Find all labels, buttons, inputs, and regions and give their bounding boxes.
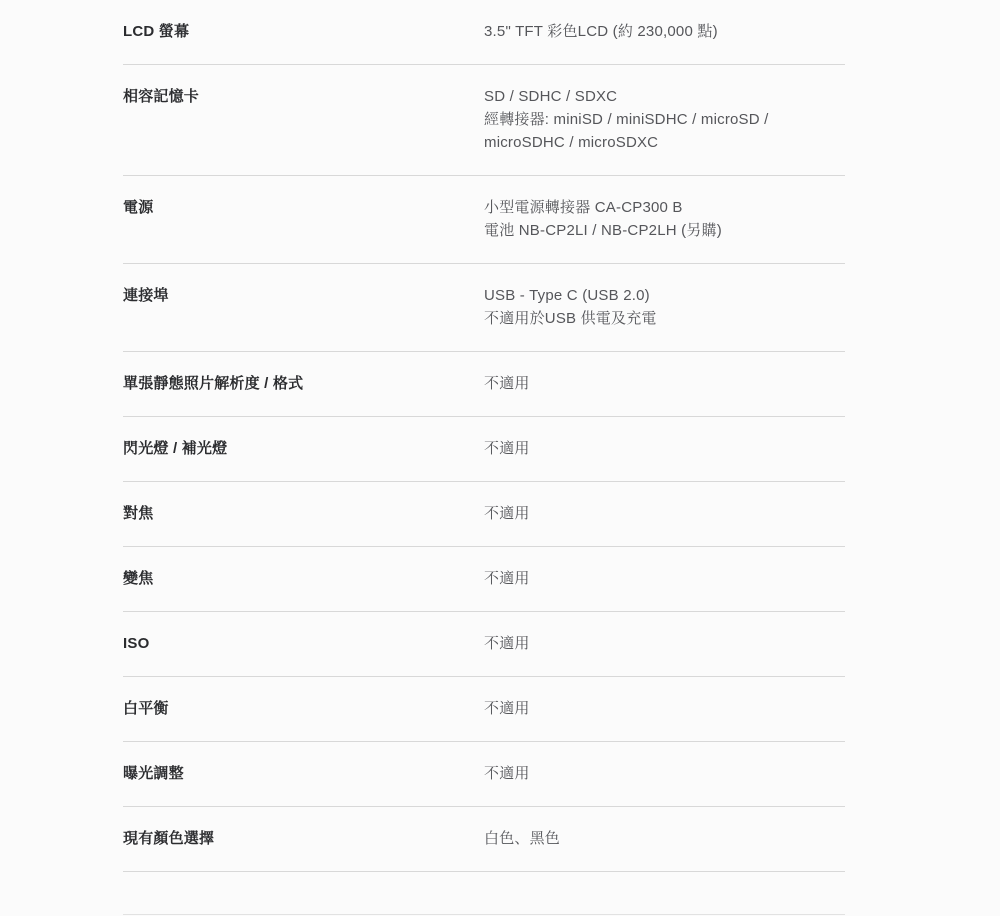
spec-values: 不適用 [484, 567, 845, 590]
spec-value-line: 不適用 [484, 632, 845, 655]
spec-value-line: 不適用 [484, 697, 845, 720]
spec-row: ISO 不適用 [123, 612, 845, 677]
spec-value-line: 3.5" TFT 彩色LCD (約 230,000 點) [484, 20, 845, 43]
spec-label: 單張靜態照片解析度 / 格式 [123, 372, 484, 395]
spec-value-line: SD / SDHC / SDXC [484, 85, 845, 108]
spec-values: 小型電源轉接器 CA-CP300 B電池 NB-CP2LI / NB-CP2LH… [484, 196, 845, 242]
spec-values: 白色、黑色 [484, 827, 845, 850]
spec-value-line: 不適用 [484, 437, 845, 460]
spec-label: LCD 螢幕 [123, 20, 484, 43]
spec-label: 變焦 [123, 567, 484, 590]
spec-row: 電源 小型電源轉接器 CA-CP300 B電池 NB-CP2LI / NB-CP… [123, 176, 845, 264]
spec-values: USB - Type C (USB 2.0)不適用於USB 供電及充電 [484, 284, 845, 330]
spec-value-line: 經轉接器: miniSD / miniSDHC / microSD / [484, 108, 845, 131]
spec-value-line: USB - Type C (USB 2.0) [484, 284, 845, 307]
spec-table: LCD 螢幕 3.5" TFT 彩色LCD (約 230,000 點) 相容記憶… [123, 0, 845, 915]
spec-values: 3.5" TFT 彩色LCD (約 230,000 點) [484, 20, 845, 43]
spec-label: 白平衡 [123, 697, 484, 720]
spec-value-line: 不適用於USB 供電及充電 [484, 307, 845, 330]
spec-label: 閃光燈 / 補光燈 [123, 437, 484, 460]
spec-value-line: 不適用 [484, 372, 845, 395]
spec-value-line: 不適用 [484, 762, 845, 785]
spec-values: 不適用 [484, 372, 845, 395]
spec-row: 閃光燈 / 補光燈 不適用 [123, 417, 845, 482]
spec-value-line: microSDHC / microSDXC [484, 131, 845, 154]
spec-values: 不適用 [484, 437, 845, 460]
spec-row: 白平衡 不適用 [123, 677, 845, 742]
spec-row: 曝光調整 不適用 [123, 742, 845, 807]
spec-values: 不適用 [484, 632, 845, 655]
spec-label: 相容記憶卡 [123, 85, 484, 108]
spec-values: SD / SDHC / SDXC經轉接器: miniSD / miniSDHC … [484, 85, 845, 154]
spec-label: 電源 [123, 196, 484, 219]
spec-row: 現有顏色選擇 白色、黑色 [123, 807, 845, 872]
spec-row: LCD 螢幕 3.5" TFT 彩色LCD (約 230,000 點) [123, 0, 845, 65]
spec-value-line: 白色、黑色 [484, 827, 845, 850]
spec-label: 連接埠 [123, 284, 484, 307]
spec-row: 連接埠 USB - Type C (USB 2.0)不適用於USB 供電及充電 [123, 264, 845, 352]
spec-values: 不適用 [484, 502, 845, 525]
spec-value-line: 電池 NB-CP2LI / NB-CP2LH (另購) [484, 219, 845, 242]
spec-values: 不適用 [484, 762, 845, 785]
spec-label: ISO [123, 632, 484, 655]
next-row-top-edge [123, 872, 845, 915]
spec-row: 變焦 不適用 [123, 547, 845, 612]
spec-label: 曝光調整 [123, 762, 484, 785]
spec-values: 不適用 [484, 697, 845, 720]
spec-row: 相容記憶卡 SD / SDHC / SDXC經轉接器: miniSD / min… [123, 65, 845, 176]
spec-rows: LCD 螢幕 3.5" TFT 彩色LCD (約 230,000 點) 相容記憶… [123, 0, 845, 872]
spec-value-line: 不適用 [484, 567, 845, 590]
spec-label: 現有顏色選擇 [123, 827, 484, 850]
spec-row: 單張靜態照片解析度 / 格式 不適用 [123, 352, 845, 417]
spec-row: 對焦 不適用 [123, 482, 845, 547]
spec-value-line: 不適用 [484, 502, 845, 525]
spec-value-line: 小型電源轉接器 CA-CP300 B [484, 196, 845, 219]
spec-label: 對焦 [123, 502, 484, 525]
